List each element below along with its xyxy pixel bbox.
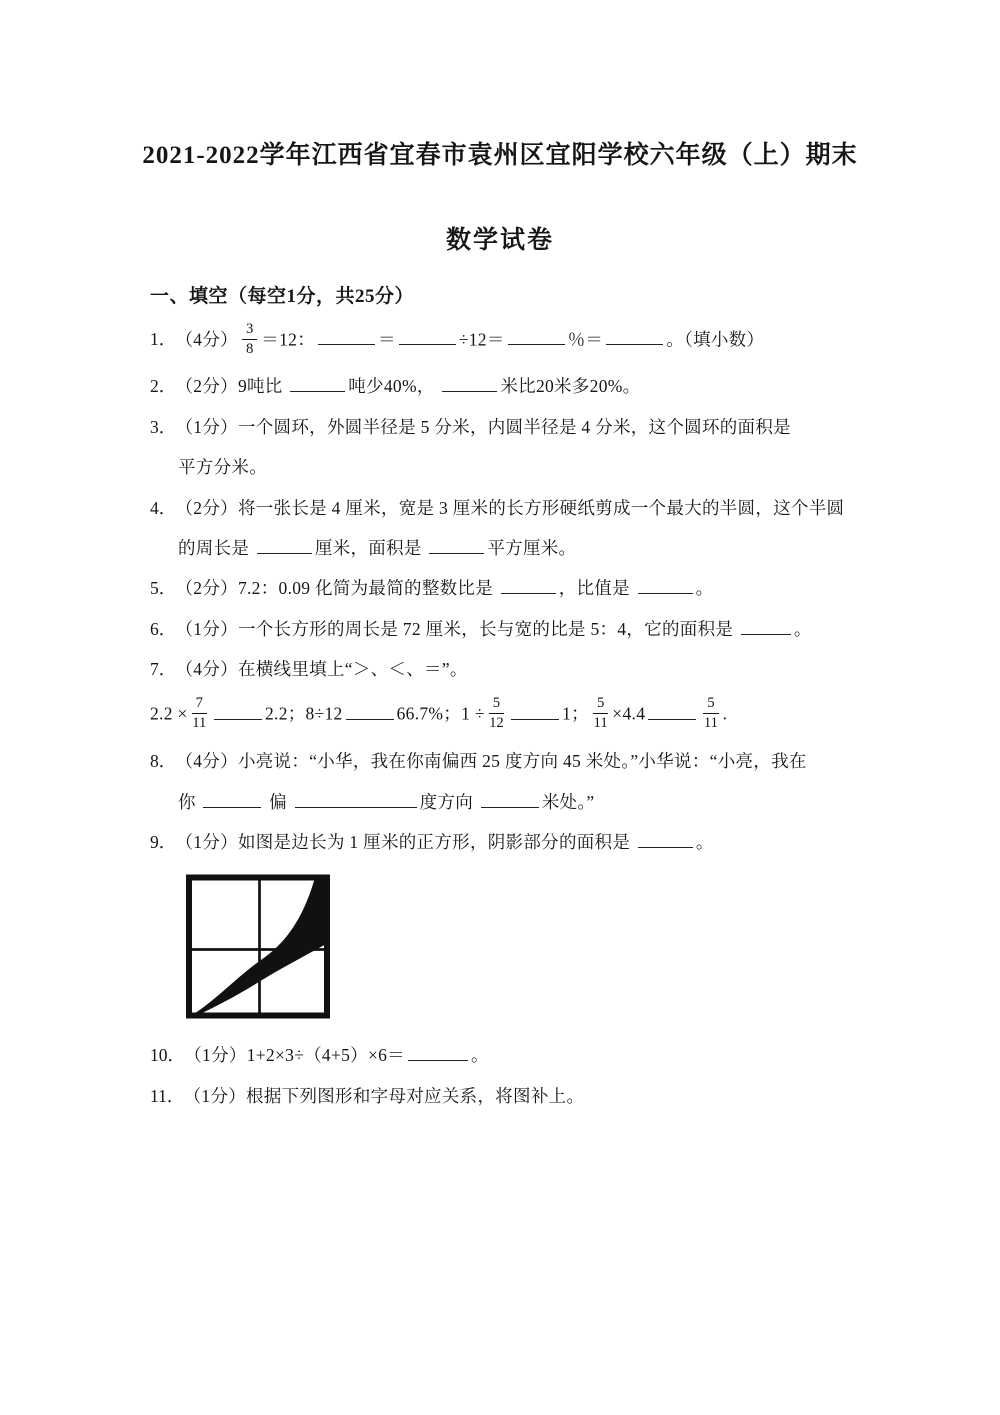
question-text: 米处。”	[542, 792, 595, 812]
exam-title-line1: 2021-2022学年江西省宜春市袁州区宜阳学校六年级（上）期末	[0, 138, 1000, 173]
question-number: 2．	[150, 376, 176, 396]
question-number: 1．	[150, 329, 176, 349]
fraction: 511	[703, 695, 718, 732]
fill-in-blank	[295, 790, 417, 808]
question-line: 6．（1分）一个长方形的周长是 72 厘米，长与宽的比是 5：4，它的面积是 。	[150, 617, 885, 642]
fill-in-blank	[648, 702, 696, 720]
question-number: 5．	[150, 578, 176, 598]
question-line: 平方分米。	[150, 455, 885, 480]
question-text: ＝12：	[261, 329, 315, 349]
question-line: 3．（1分）一个圆环，外圆半径是 5 分米，内圆半径是 4 分米，这个圆环的面积…	[150, 415, 885, 440]
question-text: 。	[696, 578, 714, 598]
question-text: ％＝	[568, 329, 604, 349]
question-text: 。	[794, 619, 812, 639]
fraction: 38	[242, 321, 257, 358]
fraction-numerator: 5	[593, 695, 608, 714]
question-text: 度方向	[420, 792, 478, 812]
question-text: （2分）将一张长是 4 厘米，宽是 3 厘米的长方形硬纸剪成一个最大的半圆，这个…	[184, 498, 844, 518]
fraction-numerator: 5	[703, 695, 718, 714]
fill-in-blank	[741, 617, 791, 635]
question-text: （2分）7.2：0.09 化简为最简的整数比是	[184, 578, 497, 598]
fill-in-blank	[290, 375, 345, 393]
exam-title: 2021-2022学年江西省宜春市袁州区宜阳学校六年级（上）期末 数学试卷	[0, 138, 1000, 258]
fill-in-blank	[257, 536, 312, 554]
question-number: 11．	[150, 1086, 184, 1106]
fraction: 511	[593, 695, 608, 732]
question-text: 米比20米多20%。	[500, 376, 640, 396]
question-number: 7．	[150, 659, 176, 679]
question-text: ，比值是	[559, 578, 635, 598]
question-text: 。（填小数）	[666, 329, 764, 349]
question-2: 2．（2分）9吨比 吨少40%， 米比20米多20%。	[150, 374, 885, 399]
fill-in-blank	[408, 1044, 468, 1062]
fill-in-blank	[346, 702, 394, 720]
fraction-numerator: 7	[192, 695, 207, 714]
question-number: 4．	[150, 498, 176, 518]
fill-in-blank	[203, 790, 261, 808]
fraction-denominator: 8	[246, 340, 253, 358]
question-text: 。	[471, 1045, 489, 1065]
question-text: （1分）根据下列图形和字母对应关系，将图补上。	[192, 1086, 584, 1106]
fill-in-blank	[442, 375, 497, 393]
question-line: 2.2 ×7112.2；8÷1266.7%；1 ÷5121；511×4.4511…	[150, 697, 885, 734]
fraction-numerator: 5	[489, 695, 504, 714]
question-number: 8．	[150, 751, 176, 771]
question-line: 你 偏 度方向 米处。”	[150, 790, 885, 815]
question-text: 。	[696, 832, 714, 852]
fraction-denominator: 11	[704, 714, 718, 732]
fraction-numerator: 3	[242, 321, 257, 340]
fill-in-blank	[606, 328, 663, 346]
question-3: 3．（1分）一个圆环，外圆半径是 5 分米，内圆半径是 4 分米，这个圆环的面积…	[150, 415, 885, 481]
question-text: 2.2；8÷12	[265, 704, 343, 724]
exam-body: 一、填空（每空1分，共25分） 1．（4分）38＝12：＝÷12＝％＝。（填小数…	[150, 284, 885, 1109]
fraction: 711	[192, 695, 207, 732]
question-line: 8．（4分）小亮说：“小华，我在你南偏西 25 度方向 45 米处。”小华说：“…	[150, 749, 885, 774]
question-line: 4．（2分）将一张长是 4 厘米，宽是 3 厘米的长方形硬纸剪成一个最大的半圆，…	[150, 496, 885, 521]
question-text: （2分）9吨比	[184, 376, 287, 396]
question-number: 10．	[150, 1045, 185, 1065]
question-text: 1；	[562, 704, 589, 724]
fill-in-blank	[214, 702, 262, 720]
question-list: 1．（4分）38＝12：＝÷12＝％＝。（填小数）2．（2分）9吨比 吨少40%…	[150, 323, 885, 1110]
fill-in-blank	[511, 702, 559, 720]
question-line: 11．（1分）根据下列图形和字母对应关系，将图补上。	[150, 1084, 885, 1109]
question-9: 9．（1分）如图是边长为 1 厘米的正方形，阴影部分的面积是 。	[150, 830, 885, 1023]
fill-in-blank	[508, 328, 565, 346]
question-7: 7．（4分）在横线里填上“＞、＜、＝”。2.2 ×7112.2；8÷1266.7…	[150, 657, 885, 734]
fill-in-blank	[318, 328, 375, 346]
fill-in-blank	[501, 577, 556, 595]
question-text: 2.2 ×	[150, 704, 188, 724]
question-text: .	[723, 704, 728, 724]
fill-in-blank	[481, 790, 539, 808]
fraction-denominator: 11	[192, 714, 206, 732]
question-text: ÷12＝	[459, 329, 505, 349]
question-5: 5．（2分）7.2：0.09 化简为最简的整数比是 ，比值是 。	[150, 576, 885, 601]
question-text: ×4.4	[612, 704, 645, 724]
question-8: 8．（4分）小亮说：“小华，我在你南偏西 25 度方向 45 米处。”小华说：“…	[150, 749, 885, 815]
shaded-square-figure	[183, 870, 885, 1023]
question-text: （4分）在横线里填上“＞、＜、＝”。	[184, 659, 467, 679]
question-text: 平方厘米。	[487, 538, 576, 558]
question-text: 吨少40%，	[348, 376, 439, 396]
question-1: 1．（4分）38＝12：＝÷12＝％＝。（填小数）	[150, 323, 885, 360]
question-text: 厘米，面积是	[315, 538, 426, 558]
shaded-region	[189, 878, 327, 1019]
question-text: （1分）一个圆环，外圆半径是 5 分米，内圆半径是 4 分米，这个圆环的面积是	[184, 417, 791, 437]
question-text: （1分）如图是边长为 1 厘米的正方形，阴影部分的面积是	[184, 832, 635, 852]
fraction: 512	[489, 695, 504, 732]
exam-title-line2: 数学试卷	[0, 223, 1000, 258]
question-text: （4分）	[184, 329, 238, 349]
question-6: 6．（1分）一个长方形的周长是 72 厘米，长与宽的比是 5：4，它的面积是 。	[150, 617, 885, 642]
fill-in-blank	[638, 830, 693, 848]
question-10: 10．（1分）1+2×3÷（4+5）×6＝。	[150, 1043, 885, 1068]
question-text: 66.7%；1 ÷	[397, 704, 485, 724]
question-number: 9．	[150, 832, 176, 852]
fraction-denominator: 12	[489, 714, 504, 732]
fraction-denominator: 11	[594, 714, 608, 732]
shaded-square-svg	[183, 870, 333, 1023]
question-11: 11．（1分）根据下列图形和字母对应关系，将图补上。	[150, 1084, 885, 1109]
question-line: 2．（2分）9吨比 吨少40%， 米比20米多20%。	[150, 374, 885, 399]
exam-page: 2021-2022学年江西省宜春市袁州区宜阳学校六年级（上）期末 数学试卷 一、…	[0, 0, 1000, 1415]
question-4: 4．（2分）将一张长是 4 厘米，宽是 3 厘米的长方形硬纸剪成一个最大的半圆，…	[150, 496, 885, 562]
section-heading: 一、填空（每空1分，共25分）	[150, 284, 885, 311]
question-text: 偏	[264, 792, 291, 812]
question-number: 3．	[150, 417, 176, 437]
question-line: 7．（4分）在横线里填上“＞、＜、＝”。	[150, 657, 885, 682]
question-text: 平方分米。	[178, 457, 267, 477]
question-text: ＝	[378, 329, 396, 349]
question-text: （1分）一个长方形的周长是 72 厘米，长与宽的比是 5：4，它的面积是	[184, 619, 738, 639]
question-text: （4分）小亮说：“小华，我在你南偏西 25 度方向 45 米处。”小华说：“小亮…	[184, 751, 806, 771]
question-number: 6．	[150, 619, 176, 639]
question-text: （1分）1+2×3÷（4+5）×6＝	[193, 1045, 405, 1065]
question-line: 5．（2分）7.2：0.09 化简为最简的整数比是 ，比值是 。	[150, 576, 885, 601]
question-line: 的周长是 厘米，面积是 平方厘米。	[150, 536, 885, 561]
question-line: 1．（4分）38＝12：＝÷12＝％＝。（填小数）	[150, 323, 885, 360]
question-text: 你	[178, 792, 200, 812]
question-line: 10．（1分）1+2×3÷（4+5）×6＝。	[150, 1043, 885, 1068]
question-text: 的周长是	[178, 538, 254, 558]
fill-in-blank	[399, 328, 456, 346]
fill-in-blank	[638, 577, 693, 595]
fill-in-blank	[429, 536, 484, 554]
question-line: 9．（1分）如图是边长为 1 厘米的正方形，阴影部分的面积是 。	[150, 830, 885, 855]
